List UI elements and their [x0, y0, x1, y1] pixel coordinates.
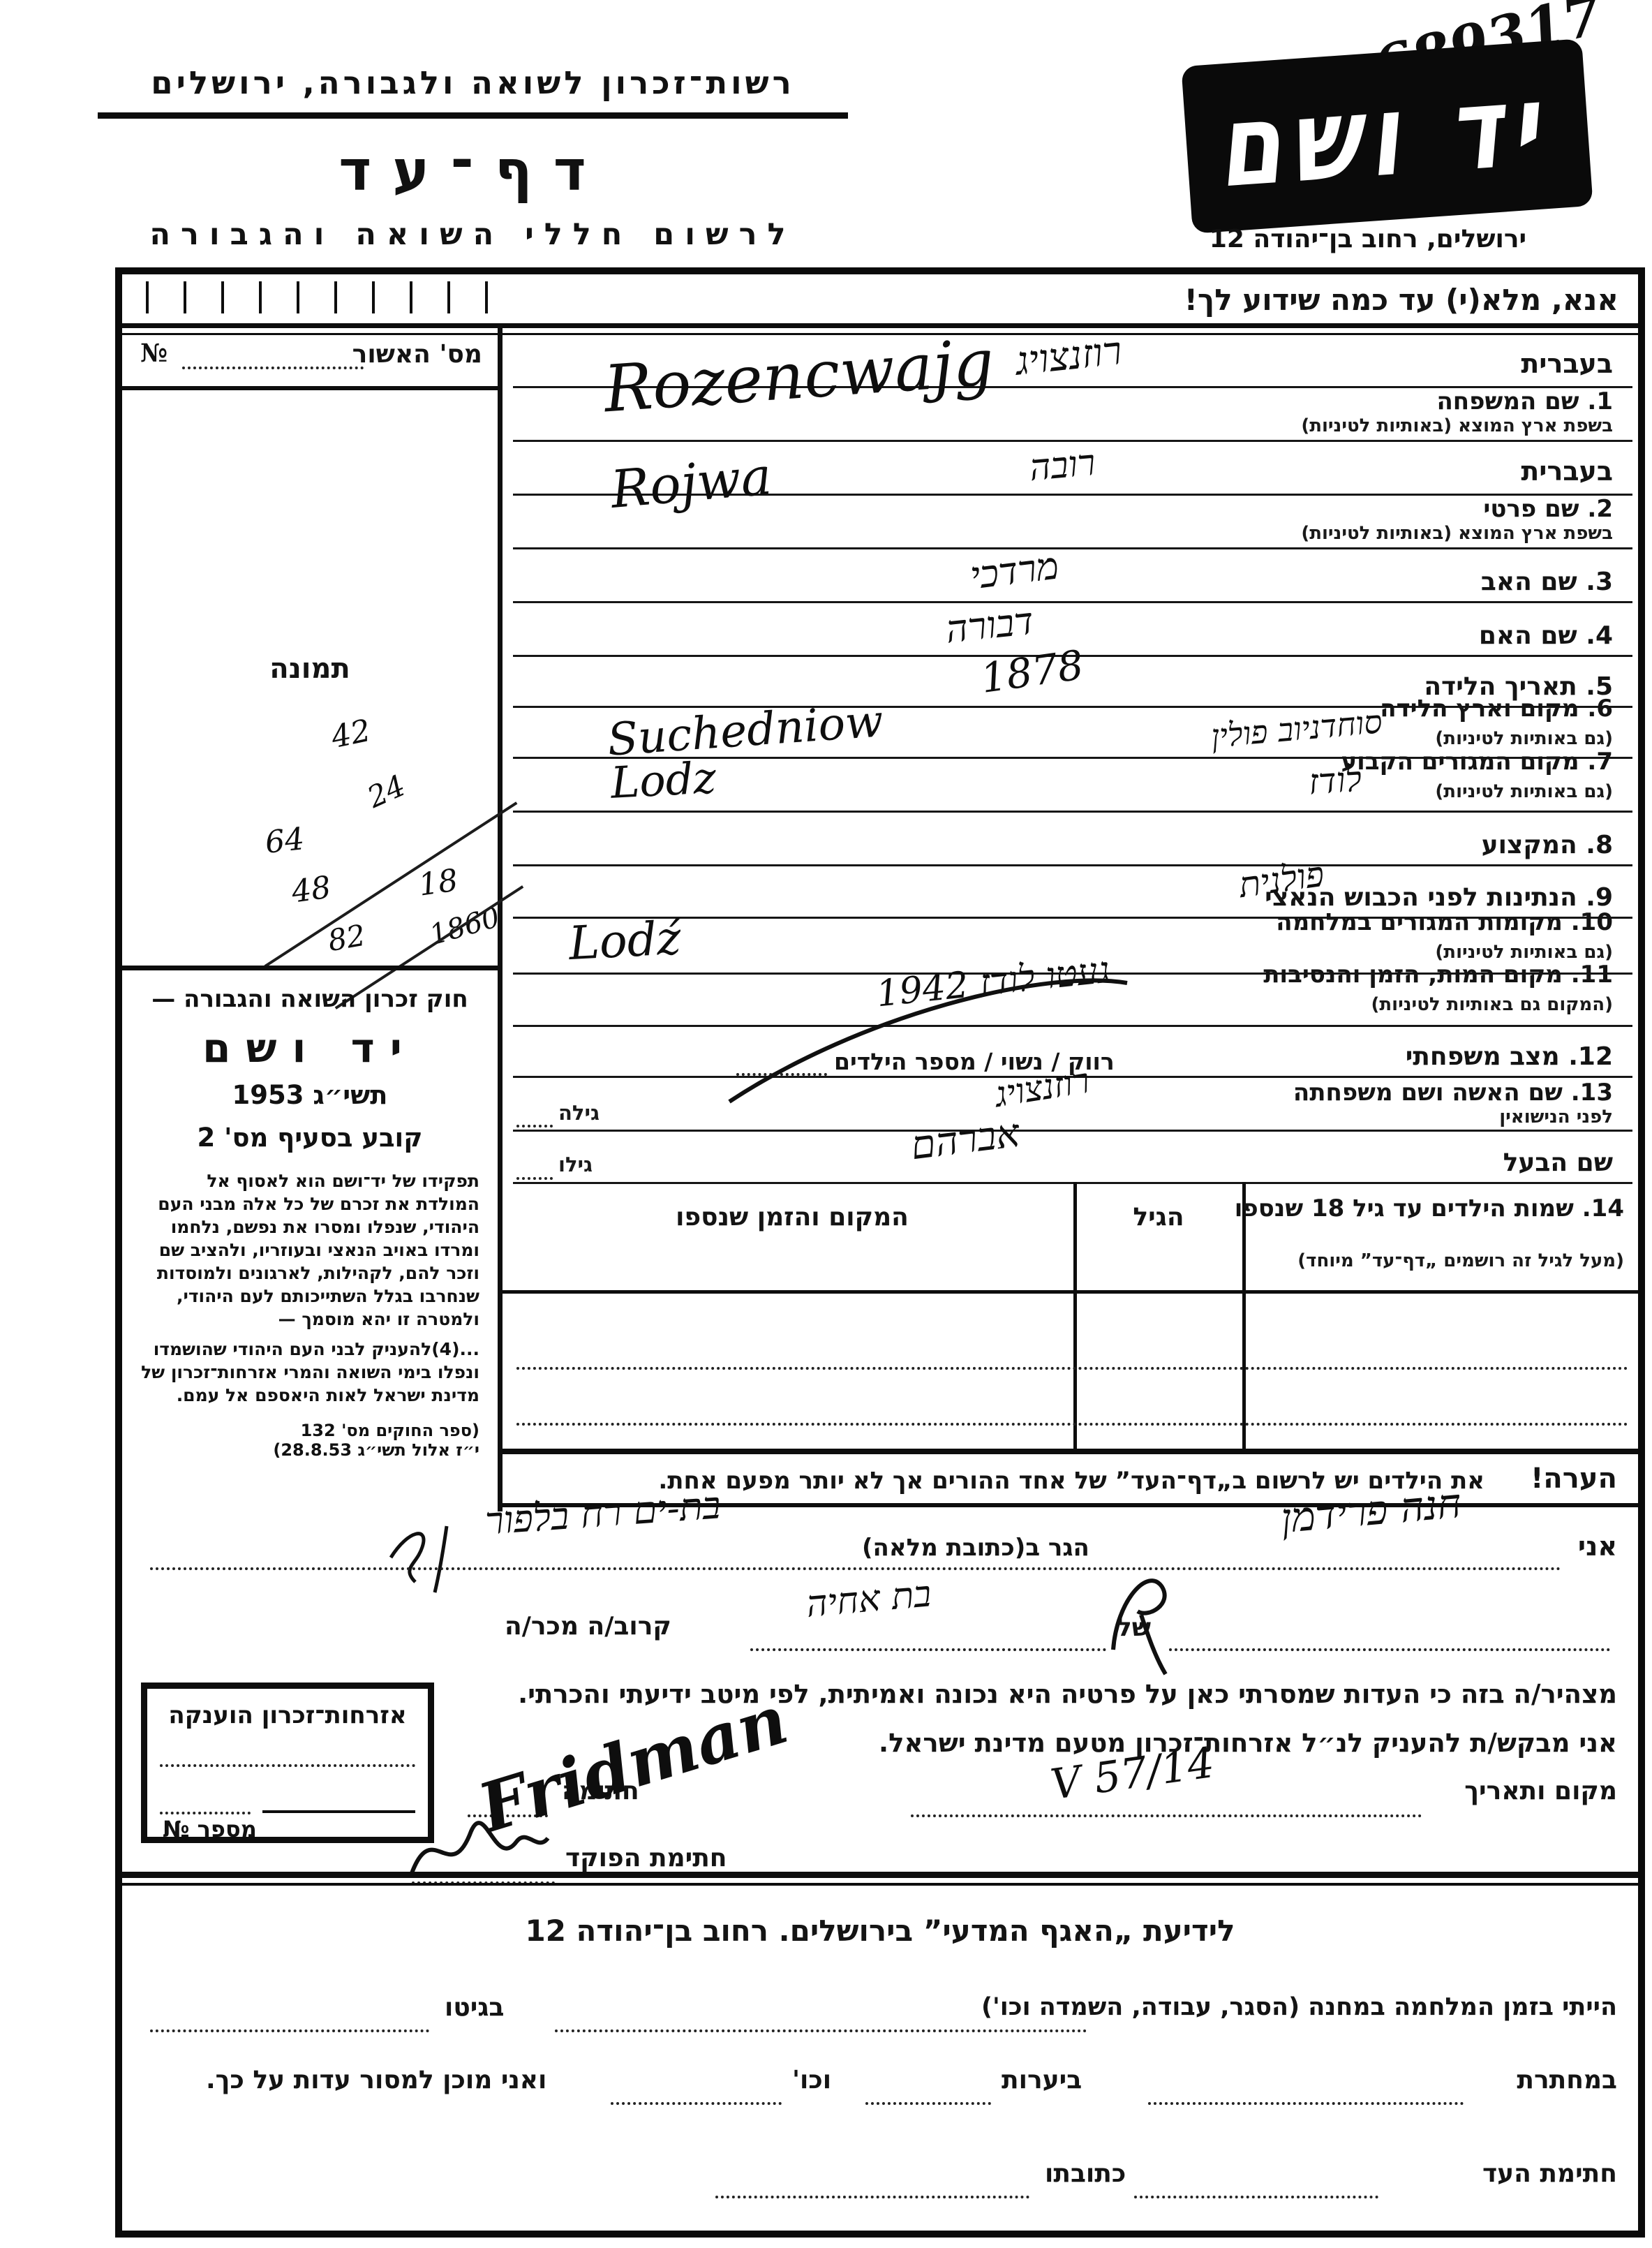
field-rule	[513, 811, 1632, 813]
field-label-wife-name: 13. שם האשה ושם משפחתה	[1293, 1079, 1613, 1107]
ruler-tick	[447, 281, 450, 313]
hw-mother-name: דבורה	[944, 602, 1036, 649]
wife-age-dots	[516, 1125, 553, 1127]
ruler-tick	[184, 281, 186, 313]
relation-dots-right	[1169, 1648, 1610, 1651]
hw-relation: בת אחיה	[805, 1576, 932, 1622]
residing-label: הגר ב(כתובת מלאה)	[862, 1534, 1089, 1562]
field-label-hebrew-1: בעברית	[1521, 348, 1613, 379]
declarant-i-label: אני	[1578, 1531, 1617, 1562]
field-sublabel-birthplace: (גם באותיות לטיניות)	[1435, 728, 1613, 749]
witness-signature-label: חתימת העד	[1482, 2159, 1617, 2188]
testimony-page-scan: רשות־זכרון לשואה ולגבורה, ירושלים דף־עד …	[0, 0, 1652, 2248]
place-date-dots	[911, 1814, 1422, 1817]
hw-husband-name: אברהם	[909, 1114, 1022, 1167]
field-sublabel-family-name: בשפת ארץ המוצא (באותיות לטיניות)	[1301, 415, 1613, 436]
etc-label: וכו'	[792, 2066, 831, 2094]
hw-residence-latin: Lodz	[609, 756, 717, 805]
field-label-father: 3. שם האב	[1481, 568, 1613, 596]
field-sublabel-death: (המקום גם באותיות לטיניות)	[1371, 994, 1613, 1015]
grant-box-dots-2	[160, 1812, 251, 1814]
pencil-note: 18	[417, 865, 460, 901]
grant-box-number-label: מספר №	[163, 1816, 257, 1842]
husband-age-dots	[516, 1177, 553, 1180]
field-rule	[513, 1130, 1632, 1132]
hw-family-name-latin: Rozencwajg	[602, 331, 995, 422]
hw-first-name-latin: Rojwa	[609, 450, 773, 516]
approval-number-row: № מס' האשור	[133, 334, 486, 376]
note-label: הערה!	[1531, 1463, 1617, 1495]
testify-label: ואני מוכן למסור עדות על כך.	[206, 2066, 546, 2094]
hw-war-residence-latin: Lodź	[567, 915, 682, 967]
children-table-age-header: הגיל	[1077, 1203, 1240, 1232]
note-strip-top-rule	[503, 1449, 1638, 1454]
children-table-label: 14. שמות הילדים עד גיל 18 שנספו	[1235, 1195, 1624, 1222]
camp-label: הייתי בזמן המלחמה במחנה (הסגר, עבודה, הש…	[981, 1993, 1617, 2021]
grant-box-rule	[262, 1810, 415, 1813]
field-label-family-name: 1. שם המשפחה	[1436, 387, 1613, 415]
field-label-war-residences: 10. מקומות המגורים במלחמה	[1276, 908, 1613, 936]
children-table-row-dots	[516, 1423, 1628, 1426]
photo-label: תמונה	[122, 653, 498, 685]
left-column: № מס' האשור תמונה 42 24 64 48 82 18 1860…	[122, 325, 503, 1511]
wife-age-label: גילה	[558, 1101, 600, 1125]
ruler-tick	[146, 281, 149, 313]
law-title: יד ושם	[140, 1024, 479, 1072]
field-label-marital-status: 12. מצב משפחתי	[1406, 1042, 1613, 1071]
declarant-line-dots	[150, 1567, 1561, 1570]
yad-vashem-stamp: יד ושם	[1181, 38, 1593, 234]
field-label-birthplace: 6. מקום וארץ הלידה	[1380, 695, 1613, 723]
field-sublabel-residence: (גם באותיות לטיניות)	[1435, 781, 1613, 802]
memorial-citizenship-grant-box: אזרחות־זכרון הוענקה מספר №	[141, 1683, 434, 1843]
bottom-divider-thin	[122, 1883, 1638, 1886]
pen-swoosh-stroke	[715, 959, 1148, 1112]
photo-area-rule	[122, 966, 498, 970]
field-sublabel-war-residences: (גם באותיות לטיניות)	[1435, 942, 1613, 963]
law-source-1: (ספר החוקים מס' 132	[140, 1421, 479, 1440]
pencil-note: 24	[364, 771, 410, 813]
stamp-text: יד ושם	[1217, 59, 1557, 214]
pencil-note: 42	[329, 716, 373, 754]
field-label-first-name: 2. שם פרטי	[1483, 495, 1613, 523]
hw-birthplace-latin: Suchedniow	[606, 699, 884, 762]
pencil-note: 82	[326, 921, 368, 956]
approval-row-rule	[122, 386, 498, 390]
field-label-husband-name: שם הבעל	[1503, 1148, 1613, 1177]
org-name: רשות־זכרון לשואה ולגבורה, ירושלים	[98, 64, 848, 101]
ruler-tick	[334, 281, 337, 313]
ruler-tick	[410, 281, 412, 313]
hw-residence-hebrew: לודז	[1307, 761, 1362, 799]
science-branch-title: לידיעת „האגף המדעי” בירושלים. רחוב בן־יה…	[122, 1914, 1638, 1948]
witness-address-dots	[715, 2196, 1029, 2198]
declaration-request: אני מבקש/ת להעניק לנ״ל אזרחות־זכרון מטעם…	[879, 1728, 1617, 1758]
field-rule	[513, 864, 1632, 866]
pen-flourish	[1099, 1559, 1183, 1678]
hw-birthplace-hebrew: סוחדניוב פולין	[1210, 705, 1383, 752]
children-table-sublabel: (מעל לגיל זה רושמים „דף־עד” מיוחד)	[1297, 1250, 1624, 1271]
law-body: תפקידו של יד־ושם הוא לאסוף אל המולדת את …	[140, 1169, 479, 1331]
form-subtitle: לרשום חללי השואה והגבורה	[98, 217, 848, 252]
field-label-death: 11. מקום המות, הזמן והנסיבות	[1263, 961, 1613, 989]
approval-number-blank	[182, 367, 364, 369]
field-label-residence: 7. מקום המגורים הקבוע	[1341, 748, 1613, 776]
field-label-profession: 8. המקצוע	[1482, 831, 1613, 859]
field-rule	[513, 1182, 1632, 1184]
field-rule	[513, 440, 1632, 442]
approval-number-symbol: №	[140, 339, 168, 368]
approval-number-label: מס' האשור	[352, 340, 482, 369]
field-rule	[513, 601, 1632, 603]
form-title: דף־עד	[98, 138, 848, 203]
org-header-block: רשות־זכרון לשואה ולגבורה, ירושלים דף־עד …	[98, 64, 848, 252]
children-table-header-rule	[503, 1290, 1638, 1294]
declaration-statement: מצהיר/ה בזה כי העדות שמסרתי כאן על פרטיה…	[518, 1679, 1617, 1709]
ruler-tick	[485, 281, 488, 313]
forests-dots	[865, 2102, 991, 2105]
underground-label: במחתרת	[1517, 2066, 1617, 2094]
hw-declarant-address: בת-ים רח בלפור	[484, 1486, 722, 1540]
grant-box-title: אזרחות־זכרון הוענקה	[147, 1701, 428, 1729]
law-clause4: ...(4)להעניק לבני העם היהודי שהושמדו ונפ…	[140, 1338, 479, 1407]
fill-instruction: אנא, מלא(י) עד כמה שידוע לך!	[1184, 283, 1618, 317]
ruler-tick	[372, 281, 375, 313]
etc-dots	[611, 2102, 782, 2105]
witness-address-label: כתובתו	[1045, 2159, 1126, 2188]
header-rule	[98, 112, 848, 119]
witness-signature-dots	[1134, 2196, 1378, 2198]
place-date-label: מקום ותאריך	[1464, 1777, 1617, 1805]
office-address: ירושלים, רחוב בן־יהודה 12	[1141, 225, 1595, 253]
hw-family-name-hebrew: רוזנצויג	[1013, 332, 1124, 382]
field-label-hebrew-2: בעברית	[1521, 456, 1613, 487]
forests-label: ביערות	[1002, 2066, 1082, 2094]
pencil-note: 64	[264, 824, 306, 859]
camp-dots	[555, 2029, 1087, 2032]
underground-dots	[1148, 2102, 1464, 2105]
ghetto-dots	[150, 2029, 429, 2032]
clerk-signature-label: חתימת הפוקד	[565, 1844, 727, 1872]
children-table-row-dots	[516, 1367, 1628, 1370]
ruler-tick	[221, 281, 224, 313]
bottom-divider-heavy	[122, 1872, 1638, 1878]
hw-birth-date: 1878	[978, 644, 1086, 699]
ruler-tick	[297, 281, 299, 313]
law-block: חוק זכרון השואה והגבורה — יד ושם תשי״ג 1…	[140, 985, 479, 1460]
ruler-tick	[259, 281, 262, 313]
field-sublabel-wife-name: לפני הנישואין	[1499, 1107, 1613, 1127]
hw-first-name-hebrew: רובה	[1028, 445, 1097, 487]
relation-dots-left	[750, 1648, 1106, 1651]
field-sublabel-first-name: בשפת ארץ המוצא (באותיות לטיניות)	[1301, 523, 1613, 544]
field-label-mother: 4. שם האם	[1479, 621, 1613, 650]
law-clause-intro: קובע בסעיף מס' 2	[140, 1123, 479, 1153]
law-heading: חוק זכרון השואה והגבורה —	[140, 985, 479, 1013]
pen-scribble	[380, 1516, 471, 1599]
grant-box-dots-1	[160, 1764, 415, 1767]
hw-father-name: מרדכי	[968, 547, 1061, 595]
law-year: תשי״ג 1953	[140, 1080, 479, 1110]
children-table-place-header: המקום והזמן שנספו	[513, 1203, 1071, 1232]
husband-age-label: גילו	[558, 1153, 593, 1176]
field-rule	[513, 547, 1632, 549]
law-source-2: י״ז אלול תשי״ג 28.8.53)	[140, 1440, 479, 1460]
pencil-note: 48	[290, 872, 333, 908]
ghetto-label: בגיטו	[445, 1993, 504, 2022]
relative-label: קרוב/ה מכר/ה	[505, 1612, 671, 1641]
main-form-box: אנא, מלא(י) עד כמה שידוע לך! № מס' האשור…	[115, 267, 1645, 2238]
